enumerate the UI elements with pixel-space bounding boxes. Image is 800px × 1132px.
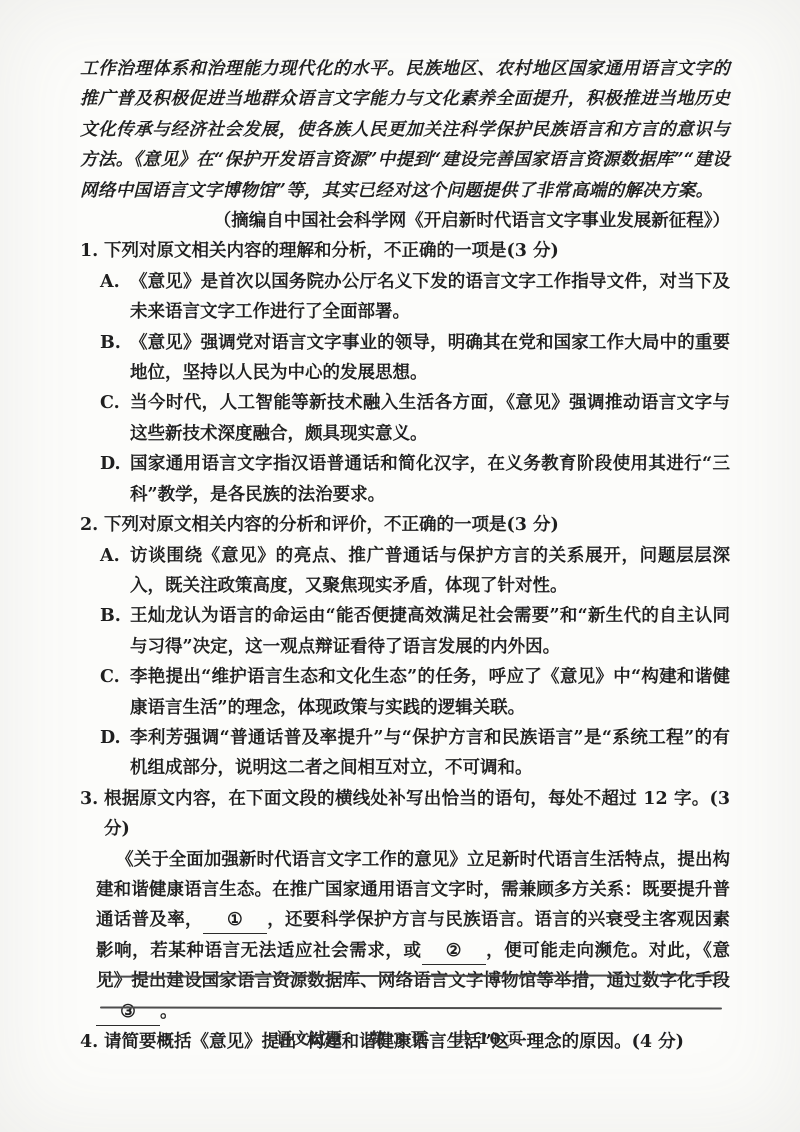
question-2-option-a: A. 访谈围绕《意见》的亮点、推广普通话与保护方言的关系展开，问题层层深入，既关… <box>80 541 730 602</box>
question-3-stem: 3. 根据原文内容，在下面文段的横线处补写出恰当的语句，每处不超过 12 字。(… <box>80 784 730 845</box>
option-text: 《意见》强调党对语言文字事业的领导，明确其在党和国家工作大局中的重要地位，坚持以… <box>130 328 730 389</box>
option-label: C. <box>100 388 130 449</box>
option-label: D. <box>100 723 130 784</box>
question-number: 1. <box>80 236 104 266</box>
page-footer: 语文试题 第 3 页 共 10 页 <box>0 1026 800 1049</box>
question-stem-text: 下列对原文相关内容的理解和分析，不正确的一项是(3 分) <box>104 236 730 266</box>
question-number: 3. <box>80 784 104 845</box>
question-2-option-b: B. 王灿龙认为语言的命运由“能否便捷高效满足社会需要”和“新生代的自主认同与习… <box>80 601 730 662</box>
question-stem-text: 下列对原文相关内容的分析和评价，不正确的一项是(3 分) <box>104 510 730 540</box>
answer-blank-2: ② <box>422 939 486 965</box>
question-3-fill-paragraph: 《关于全面加强新时代语言文字工作的意见》立足新时代语言生活特点，提出构建和谐健康… <box>96 845 730 1027</box>
option-text: 当今时代，人工智能等新技术融入生活各方面，《意见》强调推动语言文字与这些新技术深… <box>130 388 730 449</box>
option-text: 国家通用语言文字指汉语普通话和简化汉字，在义务教育阶段使用其进行“三科”教学，是… <box>130 449 730 510</box>
option-text: 访谈围绕《意见》的亮点、推广普通话与保护方言的关系展开，问题层层深入，既关注政策… <box>130 541 730 602</box>
answer-blank-3: ③ <box>96 1000 160 1026</box>
question-1: 1. 下列对原文相关内容的理解和分析，不正确的一项是(3 分) A. 《意见》是… <box>80 236 730 510</box>
question-3: 3. 根据原文内容，在下面文段的横线处补写出恰当的语句，每处不超过 12 字。(… <box>80 784 730 1027</box>
passage-paragraph: 工作治理体系和治理能力现代化的水平。民族地区、农村地区国家通用语言文字的推广普及… <box>80 54 730 206</box>
question-2-option-c: C. 李艳提出“维护语言生态和文化生态”的任务，呼应了《意见》中“构建和谐健康语… <box>80 662 730 723</box>
answer-blank-1: ① <box>203 908 267 934</box>
page-content: 工作治理体系和治理能力现代化的水平。民族地区、农村地区国家通用语言文字的推广普及… <box>80 54 730 1057</box>
question-2-stem: 2. 下列对原文相关内容的分析和评价，不正确的一项是(3 分) <box>80 510 730 540</box>
question-2: 2. 下列对原文相关内容的分析和评价，不正确的一项是(3 分) A. 访谈围绕《… <box>80 510 730 784</box>
footer-doc-title: 语文试题 <box>276 1029 342 1048</box>
question-1-option-a: A. 《意见》是首次以国务院办公厅名义下发的语言文字工作指导文件，对当下及未来语… <box>80 267 730 328</box>
question-1-option-c: C. 当今时代，人工智能等新技术融入生活各方面，《意见》强调推动语言文字与这些新… <box>80 388 730 449</box>
fill-text-segment: 。 <box>160 1002 178 1022</box>
option-label: C. <box>100 662 130 723</box>
question-1-option-b: B. 《意见》强调党对语言文字事业的领导，明确其在党和国家工作大局中的重要地位，… <box>80 328 730 389</box>
footer-page-total: 共 10 页 <box>455 1029 523 1048</box>
question-number: 2. <box>80 510 104 540</box>
question-2-option-d: D. 李利芳强调“普通话普及率提升”与“保护方言和民族语言”是“系统工程”的有机… <box>80 723 730 784</box>
footer-page-number: 第 3 页 <box>370 1029 427 1048</box>
option-text: 《意见》是首次以国务院办公厅名义下发的语言文字工作指导文件，对当下及未来语言文字… <box>130 267 730 328</box>
question-1-stem: 1. 下列对原文相关内容的理解和分析，不正确的一项是(3 分) <box>80 236 730 266</box>
option-text: 李利芳强调“普通话普及率提升”与“保护方言和民族语言”是“系统工程”的有机组成部… <box>130 723 730 784</box>
option-label: A. <box>100 267 130 328</box>
option-label: B. <box>100 601 130 662</box>
passage-citation: （摘编自中国社会科学网《开启新时代语言文字事业发展新征程》） <box>80 206 730 236</box>
option-text: 王灿龙认为语言的命运由“能否便捷高效满足社会需要”和“新生代的自主认同与习得”决… <box>130 601 730 662</box>
option-label: D. <box>100 449 130 510</box>
option-text: 李艳提出“维护语言生态和文化生态”的任务，呼应了《意见》中“构建和谐健康语言生活… <box>130 662 730 723</box>
option-label: B. <box>100 328 130 389</box>
question-1-option-d: D. 国家通用语言文字指汉语普通话和简化汉字，在义务教育阶段使用其进行“三科”教… <box>80 449 730 510</box>
question-stem-text: 根据原文内容，在下面文段的横线处补写出恰当的语句，每处不超过 12 字。(3 分… <box>104 784 730 845</box>
option-label: A. <box>100 541 130 602</box>
exam-page: 工作治理体系和治理能力现代化的水平。民族地区、农村地区国家通用语言文字的推广普及… <box>0 0 800 1132</box>
